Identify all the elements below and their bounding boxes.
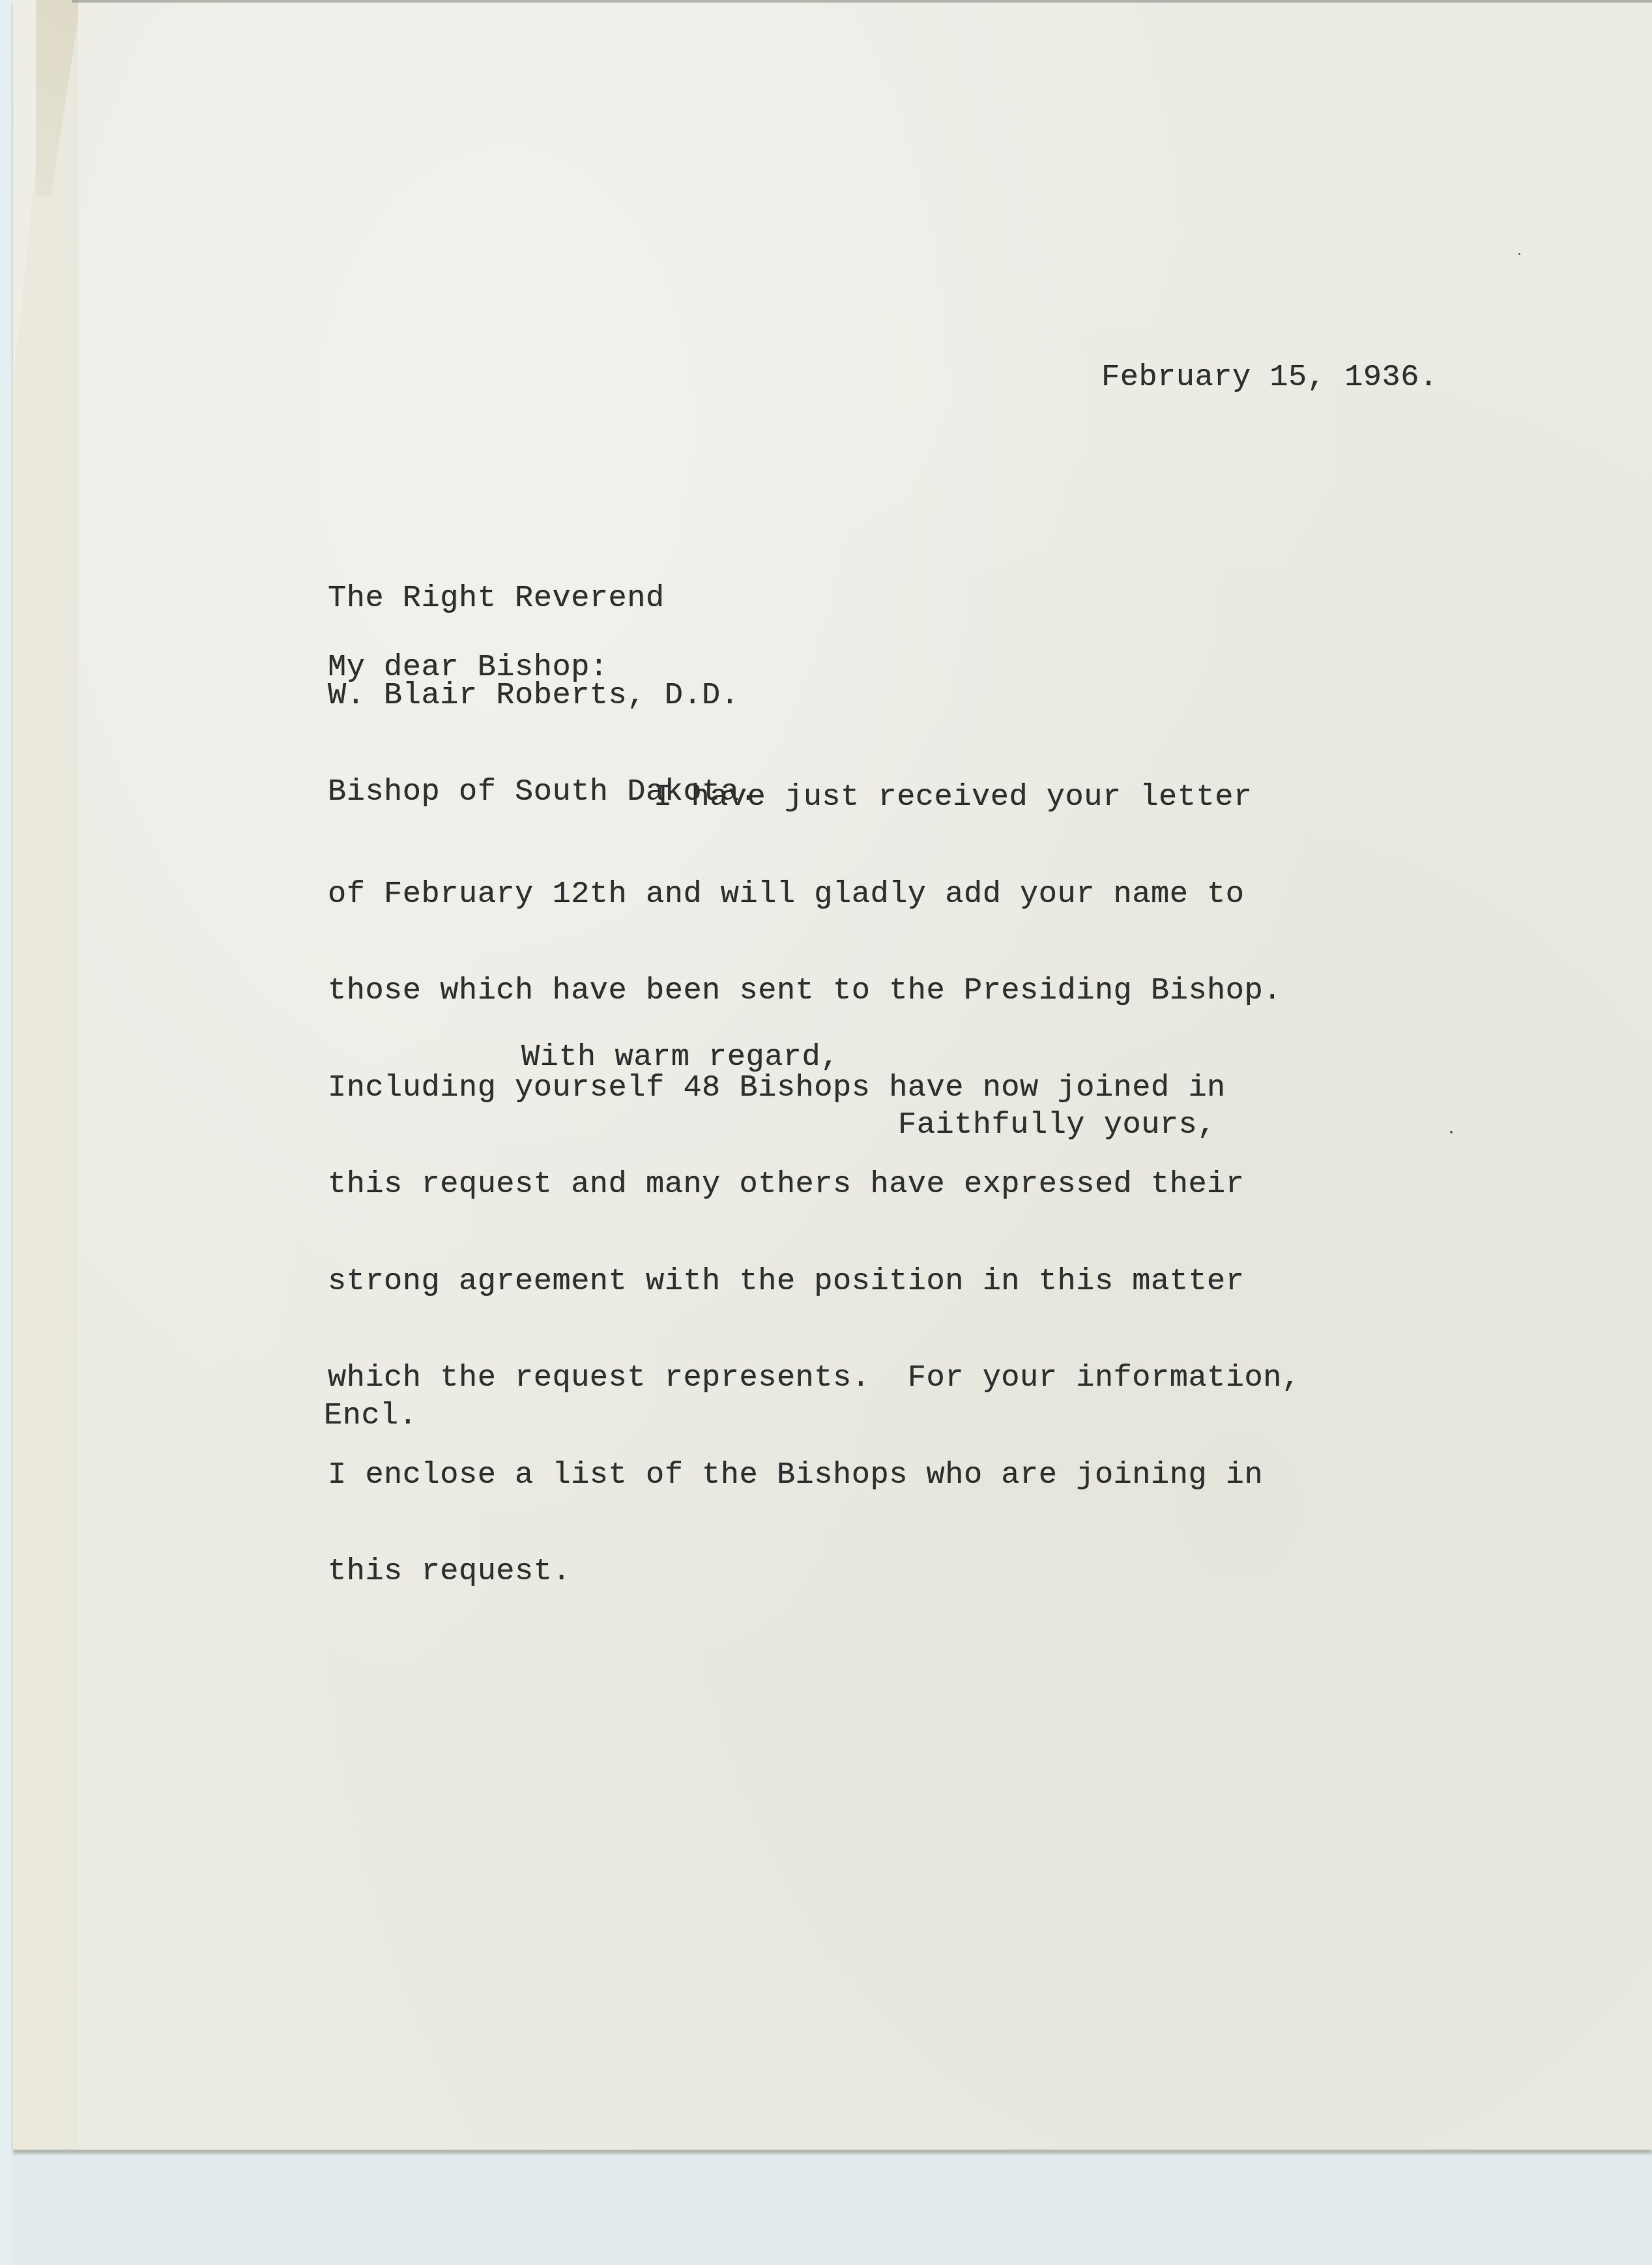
salutation: My dear Bishop: (328, 652, 609, 684)
body-line: Including yourself 48 Bishops have now j… (328, 1072, 1301, 1105)
body-line: this request. (328, 1556, 1301, 1588)
paper-top-edge-shadow (72, 0, 1652, 3)
ink-speck (1450, 1131, 1453, 1133)
enclosure-note: Encl. (324, 1400, 418, 1433)
body-line: I enclose a list of the Bishops who are … (328, 1459, 1301, 1492)
body-line: of February 12th and will gladly add you… (328, 879, 1301, 911)
scanner-left-edge (0, 0, 13, 2265)
closing-line: With warm regard, (521, 1042, 839, 1074)
body-line: which the request represents. For your i… (328, 1362, 1301, 1395)
paper-folded-edge (13, 0, 78, 2150)
body-line: I have just received your letter (328, 782, 1301, 814)
letter-date: February 15, 1936. (1101, 362, 1438, 394)
letter-body: I have just received your letter of Febr… (328, 717, 1301, 1620)
body-line: those which have been sent to the Presid… (328, 975, 1301, 1008)
body-line: this request and many others have expres… (328, 1169, 1301, 1201)
signoff-line: Faithfully yours, (898, 1109, 1216, 1142)
body-line: strong agreement with the position in th… (328, 1266, 1301, 1298)
ink-speck (1518, 253, 1520, 255)
recipient-title: The Right Reverend (328, 583, 758, 615)
